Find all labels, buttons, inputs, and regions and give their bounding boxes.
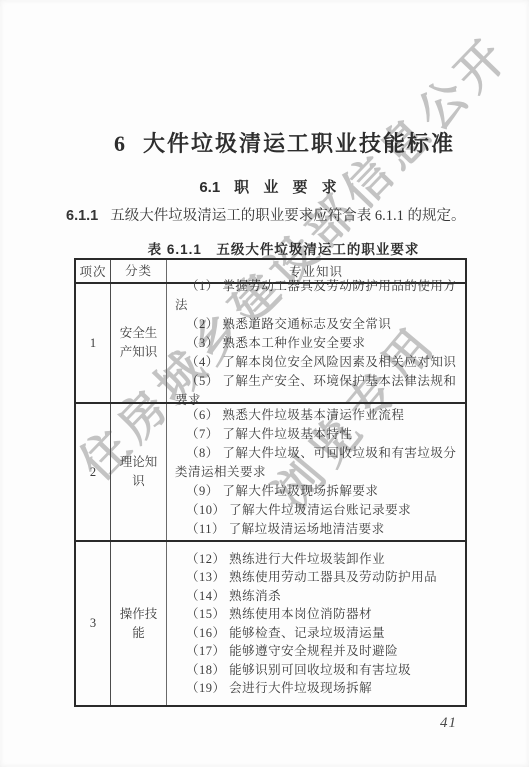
requirements-table: 项次 分类 专业知识 1 安全生产知识 （1） 掌握劳动工器具及劳动防护用品的使… — [74, 258, 467, 707]
section-number: 6.1 — [199, 179, 220, 196]
knowledge-item: （19） 会进行大件垃圾现场拆解 — [175, 679, 457, 698]
knowledge-item: （12） 熟练进行大件垃圾装卸作业 — [175, 550, 457, 569]
knowledge-items: （6） 熟悉大件垃圾基本清运作业流程 （7） 了解大件垃圾基本特性 （8） 了解… — [167, 404, 465, 540]
row-knowledge-cell: （6） 熟悉大件垃圾基本清运作业流程 （7） 了解大件垃圾基本特性 （8） 了解… — [167, 404, 465, 540]
knowledge-item: （8） 了解大件垃圾、可回收垃圾和有害垃圾分类清运相关要求 — [175, 444, 457, 482]
chapter-title: 大件垃圾清运工职业技能标准 — [143, 131, 455, 156]
section-title: 职 业 要 求 — [234, 179, 342, 196]
clause-number: 6.1.1 — [66, 208, 98, 224]
table-row: 3 操作技能 （12） 熟练进行大件垃圾装卸作业 （13） 熟练使用劳动工器具及… — [76, 540, 465, 705]
section-heading: 6.1职 业 要 求 — [74, 176, 467, 197]
table-row: 1 安全生产知识 （1） 掌握劳动工器具及劳动防护用品的使用方法 （2） 熟悉道… — [76, 284, 465, 402]
knowledge-item: （9） 了解大件垃圾现场拆解要求 — [175, 482, 457, 501]
knowledge-item: （14） 熟练消杀 — [175, 587, 457, 606]
row-knowledge-cell: （1） 掌握劳动工器具及劳动防护用品的使用方法 （2） 熟悉道路交通标志及安全常… — [167, 284, 465, 402]
knowledge-item: （10） 了解大件垃圾清运台账记录要求 — [175, 501, 457, 520]
document-page: 住房城乡建设部信息公开 浏览专用 6大件垃圾清运工职业技能标准 6.1职 业 要… — [0, 0, 529, 767]
knowledge-items: （1） 掌握劳动工器具及劳动防护用品的使用方法 （2） 熟悉道路交通标志及安全常… — [167, 284, 465, 402]
knowledge-item: （17） 能够遵守安全规程并及时避险 — [175, 642, 457, 661]
knowledge-item: （18） 能够识别可回收垃圾和有害垃圾 — [175, 661, 457, 680]
row-index: 3 — [76, 542, 111, 705]
knowledge-item: （13） 熟练使用劳动工器具及劳动防护用品 — [175, 568, 457, 587]
knowledge-item: （4） 了解本岗位安全风险因素及相关应对知识 — [175, 353, 457, 372]
knowledge-items: （12） 熟练进行大件垃圾装卸作业 （13） 熟练使用劳动工器具及劳动防护用品 … — [167, 542, 465, 705]
knowledge-item: （7） 了解大件垃圾基本特性 — [175, 425, 457, 444]
clause-paragraph: 6.1.1五级大件垃圾清运工的职业要求应符合表 6.1.1 的规定。 — [66, 206, 472, 226]
knowledge-item: （16） 能够检查、记录垃圾清运量 — [175, 624, 457, 643]
knowledge-item: （1） 掌握劳动工器具及劳动防护用品的使用方法 — [175, 277, 457, 315]
header-category: 分类 — [111, 260, 167, 282]
row-index: 1 — [76, 284, 111, 402]
knowledge-item: （11） 了解垃圾清运场地清洁要求 — [175, 520, 457, 539]
row-knowledge-cell: （12） 熟练进行大件垃圾装卸作业 （13） 熟练使用劳动工器具及劳动防护用品 … — [167, 542, 465, 705]
chapter-number: 6 — [114, 131, 125, 156]
row-category: 操作技能 — [111, 542, 167, 705]
header-index: 项次 — [76, 260, 111, 282]
knowledge-item: （15） 熟练使用本岗位消防器材 — [175, 605, 457, 624]
table-row: 2 理论知识 （6） 熟悉大件垃圾基本清运作业流程 （7） 了解大件垃圾基本特性… — [76, 402, 465, 540]
page-number: 41 — [440, 715, 457, 732]
row-index: 2 — [76, 404, 111, 540]
knowledge-item: （6） 熟悉大件垃圾基本清运作业流程 — [175, 406, 457, 425]
knowledge-item: （2） 熟悉道路交通标志及安全常识 — [175, 315, 457, 334]
table-caption: 表 6.1.1 五级大件垃圾清运工的职业要求 — [74, 238, 467, 258]
clause-text: 五级大件垃圾清运工的职业要求应符合表 6.1.1 的规定。 — [110, 208, 465, 224]
knowledge-item: （3） 熟悉本工种作业安全要求 — [175, 334, 457, 353]
chapter-heading: 6大件垃圾清运工职业技能标准 — [74, 127, 481, 158]
row-category: 安全生产知识 — [111, 284, 167, 402]
row-category: 理论知识 — [111, 404, 167, 540]
